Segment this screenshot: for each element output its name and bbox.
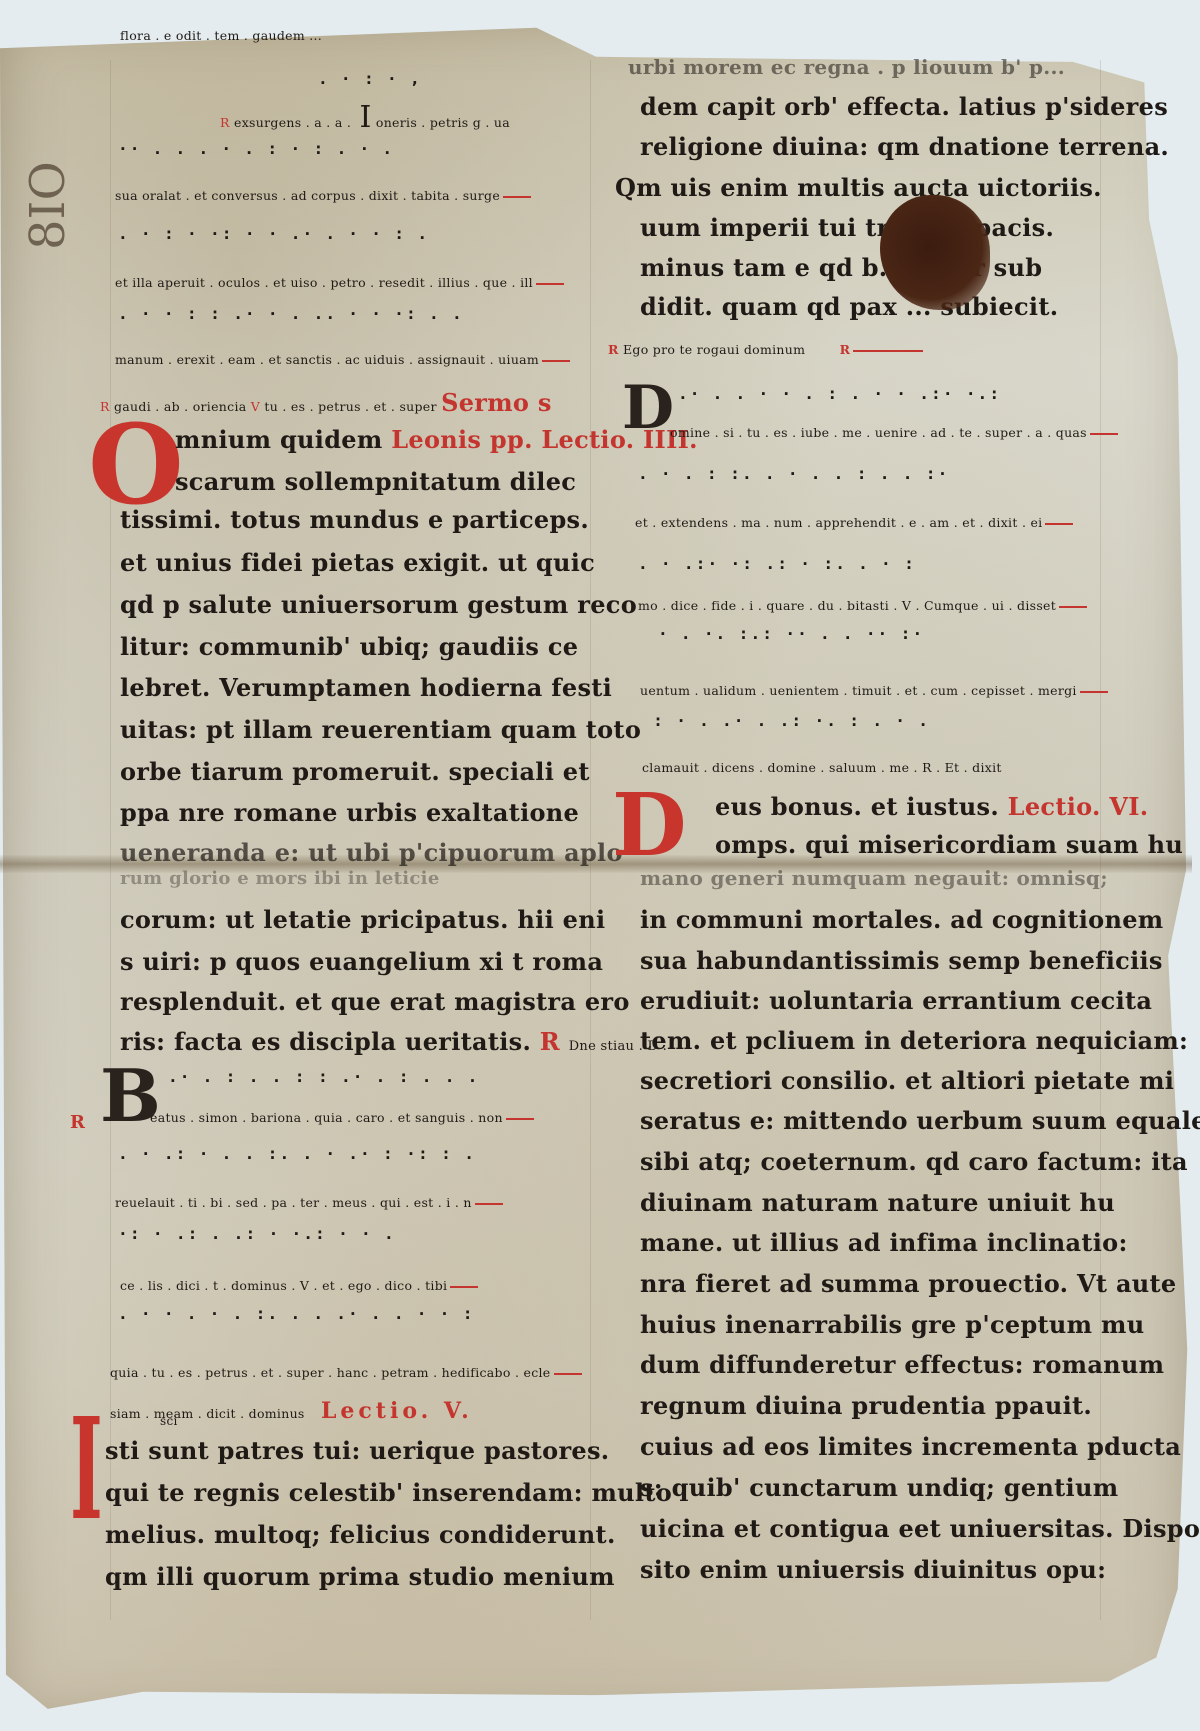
rubric-marker: R (70, 1112, 85, 1133)
text-line: qd p salute uniuersorum gestum reco (120, 590, 637, 619)
neume-row: . · · : : .· · . .. · · ·: . . (120, 305, 466, 323)
text-line: tissimi. totus mundus e particeps. (120, 505, 589, 534)
text-line: seratus e: mittendo uerbum suum equale (640, 1106, 1200, 1135)
text-line: sti sunt patres tui: uerique pastores. (105, 1436, 609, 1465)
text-line-faded: rum glorio e mors ibi in leticie (120, 868, 440, 889)
text-line: sua habundantissimis semp beneficiis (640, 946, 1163, 975)
chant-text-line: flora . e odit . tem . gaudem ... (120, 28, 322, 43)
text-line: regnum diuina prudentia ppauit. (640, 1391, 1092, 1420)
margin-note: 8IO (20, 161, 76, 250)
text-line: diuinam naturam nature uniuit hu (640, 1188, 1115, 1217)
chant-text-line: clamauit . dicens . domine . saluum . me… (642, 760, 1002, 775)
neume-row: : · . .· . .: ·. : . · . (655, 712, 932, 730)
initial-d-red: D (612, 783, 687, 869)
text-line: secretiori consilio. et altiori pietate … (640, 1066, 1174, 1095)
neume-row: ·· . . . · . : · : . · . (120, 140, 396, 158)
chant-text-line: et . extendens . ma . num . apprehendit … (635, 515, 1076, 530)
text-line: ppa nre romane urbis exaltatione (120, 798, 579, 827)
text-line: s uiri: p quos euangelium xi t roma (120, 947, 603, 976)
text-line: resplenduit. et que erat magistra ero (120, 987, 630, 1016)
chant-text-line: manum . erexit . eam . et sanctis . ac u… (115, 352, 573, 367)
text-line: ueneranda e: ut ubi p'cipuorum aplo (120, 838, 623, 867)
text-line: scarum sollempnitatum dilec (175, 467, 576, 496)
text-line: tem. et pcliuem in deteriora nequiciam: (640, 1026, 1188, 1055)
text-line: dem capit orb' effecta. latius p'sideres (640, 92, 1168, 121)
initial-i: I (70, 1400, 103, 1540)
neume-row: . · · . · . :. . . .· . . · · : (120, 1305, 477, 1323)
chant-text-line: reuelauit . ti . bi . sed . pa . ter . m… (115, 1195, 506, 1210)
neume-row: . · : · , (320, 70, 424, 88)
text-line: Qm uis enim multis aucta uictoriis. (615, 173, 1102, 202)
ruling-line (110, 60, 111, 1620)
chant-text-line: sua oralat . et conversus . ad corpus . … (115, 188, 534, 203)
chant-text-line: omine . si . tu . es . iube . me . uenir… (670, 425, 1121, 440)
text-line: sibi atq; coeternum. qd caro factum: ita (640, 1147, 1188, 1176)
text-line: huius inenarrabilis gre p'ceptum mu (640, 1310, 1144, 1339)
text-line: uicina et contigua eet uniuersitas. Disp… (640, 1514, 1200, 1543)
text-line: mnium quidem Leonis pp. Lectio. IIII. (175, 425, 698, 454)
text-line: uum imperii tui tra m... pacis. (640, 213, 1054, 242)
text-line: lebret. Verumptamen hodierna festi (120, 673, 612, 702)
text-line: dum diffunderetur effectus: romanum (640, 1350, 1164, 1379)
chant-text-line: R exsurgens . a . a . I oneris . petris … (220, 100, 510, 135)
text-line: sito enim uniuersis diuinitus opu: (640, 1555, 1106, 1584)
text-line: religione diuina: qm dnatione terrena. (640, 132, 1169, 161)
text-line: omps. qui misericordiam suam hu (715, 830, 1183, 859)
chant-text-line: eatus . simon . bariona . quia . caro . … (150, 1110, 537, 1125)
chant-text-line: uentum . ualidum . uenientem . timuit . … (640, 683, 1111, 698)
neume-row: . · .:· ·: .: · :. . · : (640, 555, 918, 573)
sermo-rubric: Sermo s (441, 388, 552, 417)
text-line-faded: urbi morem ec regna . p liouum b' p... (628, 55, 1065, 79)
neume-row: . · . : :. . · . . : . . :· (640, 465, 951, 483)
text-line: erudiuit: uoluntaria errantium cecita (640, 986, 1152, 1015)
initial-o: O (88, 410, 184, 520)
text-line: eus bonus. et iustus. Lectio. VI. (715, 792, 1148, 821)
neume-row: ·: · .: . .: · ·.: · · . (120, 1225, 398, 1243)
text-line: s: quib' cunctarum undiq; gentium (640, 1473, 1118, 1502)
neume-row: .· . : . . : : .· . : . . . (170, 1068, 481, 1086)
text-line: et unius fidei pietas exigit. ut quic (120, 548, 595, 577)
text-line: ris: facta es discipla ueritatis. R Dne … (120, 1027, 667, 1056)
text-line: cuius ad eos limites incrementa pducta (640, 1432, 1181, 1461)
lesson-heading: Lectio. V. (321, 1398, 473, 1424)
text-line: nra fieret ad summa prouectio. Vt aute (640, 1269, 1177, 1298)
text-line: in communi mortales. ad cognitionem (640, 905, 1163, 934)
text-line: uitas: pt illam reuerentiam quam toto (120, 715, 641, 744)
neume-row: . · .: · . . :. . · .· : ·: : . (120, 1145, 478, 1163)
chant-text-line: quia . tu . es . petrus . et . super . h… (110, 1365, 585, 1380)
text-line-faded: mano generi numquam negauit: omnisq; (640, 866, 1108, 890)
text-line: qm illi quorum prima studio menium (105, 1562, 615, 1591)
superscript-abbrev: sci (160, 1414, 178, 1428)
text-line: melius. multoq; felicius condiderunt. (105, 1520, 616, 1549)
chant-text-line: ce . lis . dici . t . dominus . V . et .… (120, 1278, 481, 1293)
chant-text-line: et illa aperuit . oculos . et uiso . pet… (115, 275, 567, 290)
text-line: qui te regnis celestib' inserendam: mult… (105, 1478, 672, 1507)
text-line: orbe tiarum promeruit. speciali et (120, 757, 590, 786)
initial-d-black: D (622, 378, 674, 438)
rubric-marker: R (220, 115, 230, 130)
text-line: corum: ut letatie pricipatus. hii eni (120, 905, 605, 934)
text-line: didit. quam qd pax ... subiecit. (640, 292, 1058, 321)
chant-text-line: mo . dice . fide . i . quare . du . bita… (638, 598, 1090, 613)
neume-row: · . ·. :.: ·· . . ·· :· (660, 625, 926, 643)
text-line: mane. ut illius ad infima inclinatio: (640, 1228, 1128, 1257)
neume-row: .· . . · · . : . · · .:· ·.: (680, 385, 1003, 403)
lesson-heading: Lectio. VI. (1008, 792, 1149, 821)
neume-row: . · : · ·: · · .· . · · : . (120, 225, 431, 243)
text-line: litur: communib' ubiq; gaudiis ce (120, 632, 578, 661)
initial-letter: I (359, 100, 371, 135)
chant-text-line: R Ego pro te rogaui dominum R (608, 342, 926, 357)
